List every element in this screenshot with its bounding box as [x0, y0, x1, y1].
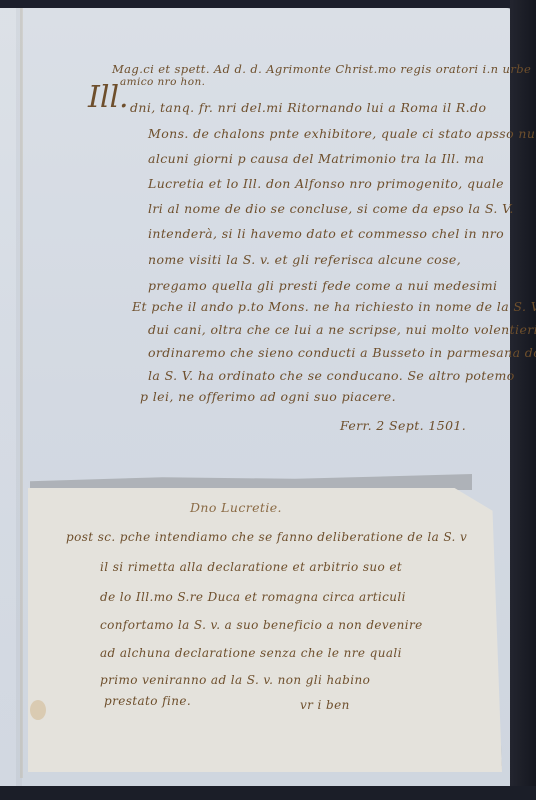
letter-line: p lei, ne offerimo ad ogni suo piacere. [140, 389, 396, 404]
dateline: Ferr. 2 Sept. 1501. [340, 418, 466, 433]
slip-line: ad alchuna declaratione senza che le nre… [100, 646, 402, 660]
slip-line: il si rimetta alla declaratione et arbit… [100, 560, 402, 574]
letter-line: dui cani, oltra che ce lui a ne scripse,… [148, 322, 536, 337]
address-line-1: Mag.ci et spett. Ad d. d. Agrimonte Chri… [112, 62, 531, 76]
letter-line: la S. V. ha ordinato che se conducano. S… [148, 368, 515, 383]
slip-line: prestato fine. [104, 694, 191, 708]
slip-line: primo veniranno ad la S. v. non gli habi… [100, 673, 370, 687]
scan-background-right [510, 0, 536, 800]
letter-line: Lucretia et lo Ill. don Alfonso nro prim… [148, 176, 504, 191]
letter-line: intenderà, si li havemo dato et commesso… [148, 226, 504, 241]
address-line-2: amico nro hon. [120, 76, 205, 88]
fold-line [20, 8, 23, 778]
slip-signature: vr i ben [300, 698, 350, 712]
letter-line: dni, tanq. fr. nri del.mi Ritornando lui… [130, 100, 486, 115]
letter-line: pregamo quella gli presti fede come a nu… [148, 278, 497, 293]
letter-line: nome visiti la S. v. et gli referisca al… [148, 252, 461, 267]
letter-line: Et pche il ando p.to Mons. ne ha richies… [132, 299, 536, 314]
foxing-stain [30, 700, 46, 720]
letter-line: alcuni giorni p causa del Matrimonio tra… [148, 151, 484, 166]
slip-line: de lo Ill.mo S.re Duca et romagna circa … [100, 590, 406, 604]
letter-line: Mons. de chalons pnte exhibitore, quale … [148, 126, 536, 141]
slip-line: confortamo la S. v. a suo beneficio a no… [100, 618, 423, 632]
decorated-initial: Ill. [88, 80, 129, 115]
letter-line: lri al nome de dio se concluse, si come … [148, 201, 514, 216]
scan-background-bottom [0, 786, 536, 800]
slip-line: post sc. pche intendiamo che se fanno de… [66, 530, 467, 544]
slip-title: Dno Lucretie. [190, 500, 282, 515]
letter-line: ordinaremo che sieno conducti a Busseto … [148, 345, 536, 360]
